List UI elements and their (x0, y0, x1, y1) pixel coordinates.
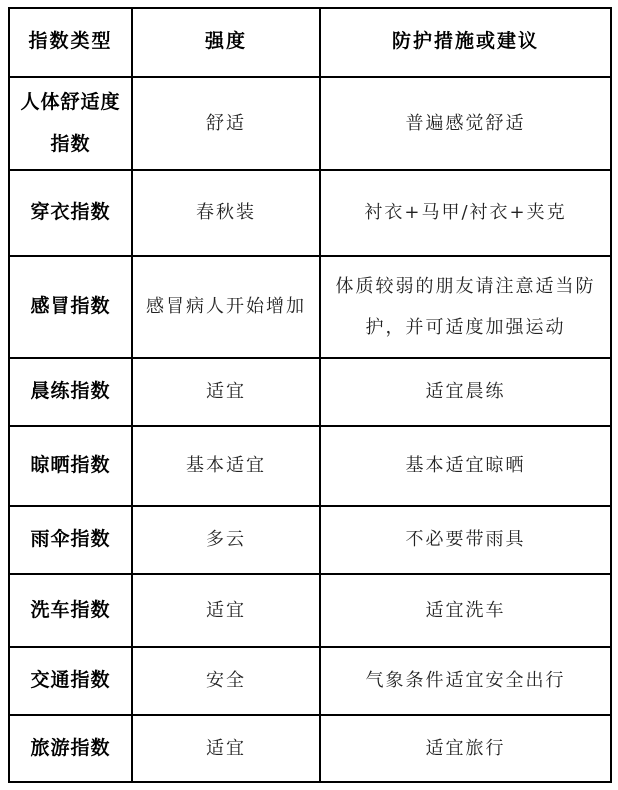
cell-strength: 安全 (132, 647, 320, 715)
cell-advice: 适宜旅行 (320, 715, 611, 782)
cell-strength: 感冒病人开始增加 (132, 256, 320, 358)
table-row-umbrella-index: 雨伞指数 多云 不必要带雨具 (9, 506, 611, 574)
table-header-row: 指数类型 强度 防护措施或建议 (9, 8, 611, 77)
cell-index-type: 穿衣指数 (9, 170, 132, 256)
weather-index-table: 指数类型 强度 防护措施或建议 人体舒适度指数 舒适 普遍感觉舒适 穿衣指数 春… (8, 7, 612, 783)
document-page: 指数类型 强度 防护措施或建议 人体舒适度指数 舒适 普遍感觉舒适 穿衣指数 春… (0, 0, 618, 790)
header-strength: 强度 (132, 8, 320, 77)
table-row-drying-index: 晾晒指数 基本适宜 基本适宜晾晒 (9, 426, 611, 506)
cell-index-type: 雨伞指数 (9, 506, 132, 574)
cell-advice: 适宜晨练 (320, 358, 611, 426)
cell-strength: 基本适宜 (132, 426, 320, 506)
cell-strength: 适宜 (132, 715, 320, 782)
table-row-comfort-index: 人体舒适度指数 舒适 普遍感觉舒适 (9, 77, 611, 170)
cell-index-type: 洗车指数 (9, 574, 132, 647)
cell-strength: 舒适 (132, 77, 320, 170)
header-advice: 防护措施或建议 (320, 8, 611, 77)
cell-advice: 不必要带雨具 (320, 506, 611, 574)
table-row-travel-index: 旅游指数 适宜 适宜旅行 (9, 715, 611, 782)
cell-index-type: 晨练指数 (9, 358, 132, 426)
cell-advice: 基本适宜晾晒 (320, 426, 611, 506)
cell-advice: 适宜洗车 (320, 574, 611, 647)
cell-index-type: 人体舒适度指数 (9, 77, 132, 170)
table-row-morning-exercise-index: 晨练指数 适宜 适宜晨练 (9, 358, 611, 426)
cell-strength: 多云 (132, 506, 320, 574)
cell-index-type: 晾晒指数 (9, 426, 132, 506)
cell-strength: 春秋装 (132, 170, 320, 256)
cell-advice: 气象条件适宜安全出行 (320, 647, 611, 715)
cell-strength: 适宜 (132, 358, 320, 426)
cell-advice: 普遍感觉舒适 (320, 77, 611, 170)
table-row-traffic-index: 交通指数 安全 气象条件适宜安全出行 (9, 647, 611, 715)
cell-index-type: 感冒指数 (9, 256, 132, 358)
cell-index-type: 交通指数 (9, 647, 132, 715)
table-row-cold-index: 感冒指数 感冒病人开始增加 体质较弱的朋友请注意适当防护，并可适度加强运动 (9, 256, 611, 358)
cell-index-type: 旅游指数 (9, 715, 132, 782)
cell-advice: 衬衣+马甲/衬衣+夹克 (320, 170, 611, 256)
table-row-car-wash-index: 洗车指数 适宜 适宜洗车 (9, 574, 611, 647)
cell-advice: 体质较弱的朋友请注意适当防护，并可适度加强运动 (320, 256, 611, 358)
cell-strength: 适宜 (132, 574, 320, 647)
table-row-dress-index: 穿衣指数 春秋装 衬衣+马甲/衬衣+夹克 (9, 170, 611, 256)
header-index-type: 指数类型 (9, 8, 132, 77)
